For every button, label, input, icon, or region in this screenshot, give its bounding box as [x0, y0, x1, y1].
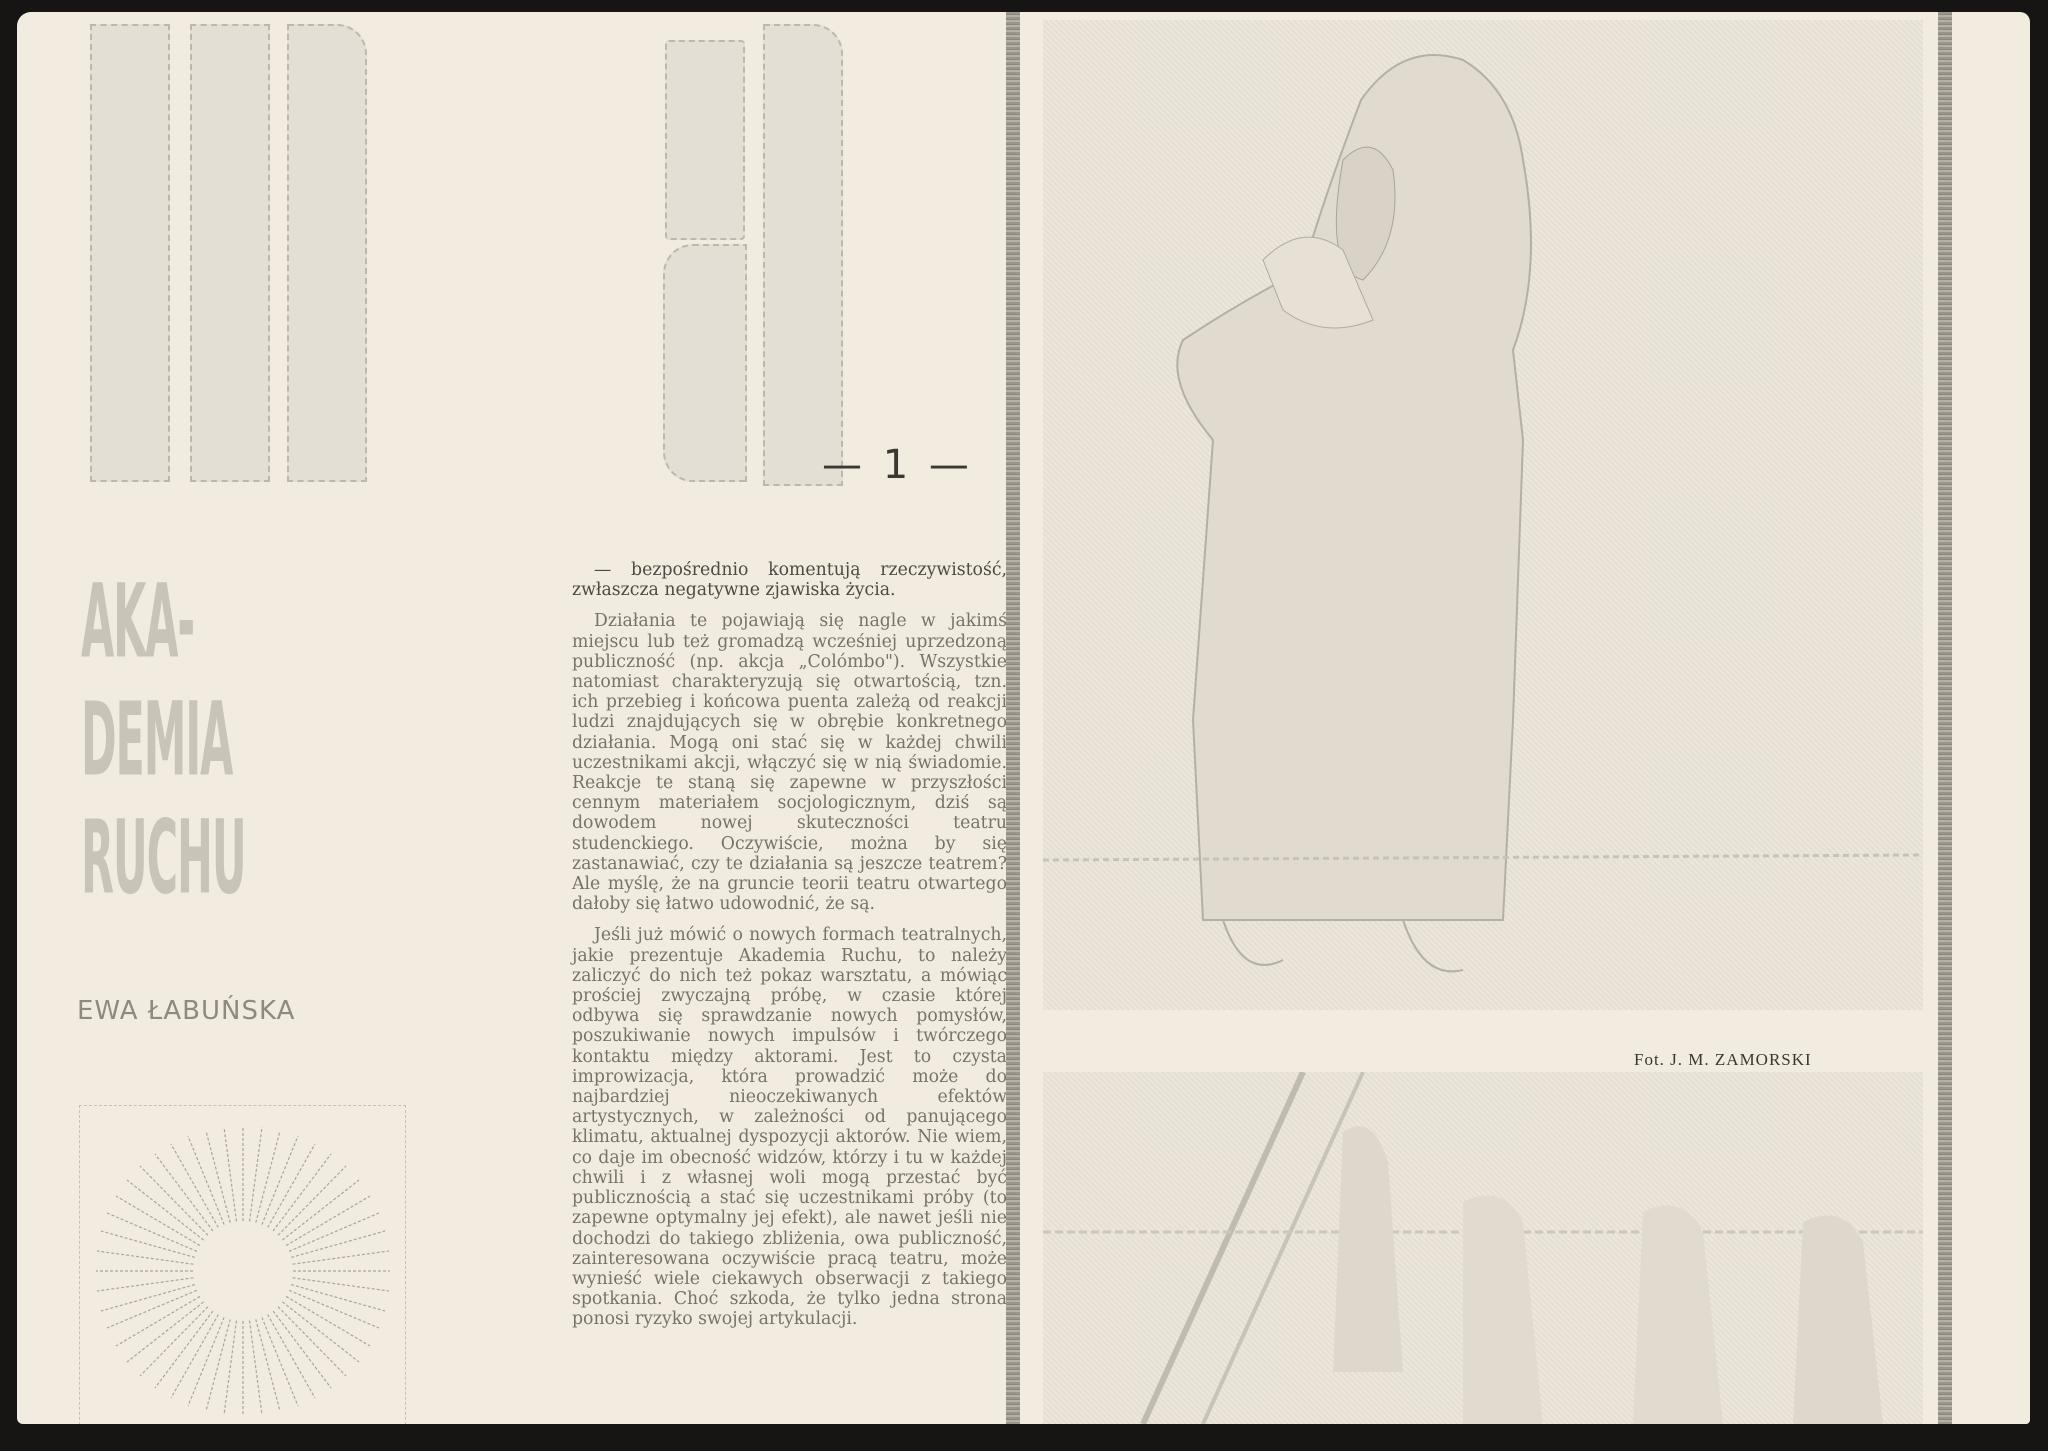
scanned-page: — 1 — AKA- DEMIA RUCHU EWA ŁABUŃSKA [17, 12, 2030, 1424]
photo-embracing-figures [1043, 20, 1923, 1010]
page-number: — 1 — [822, 442, 973, 488]
title-line-2: DEMIA [81, 690, 232, 791]
title-line-1: AKA- [81, 572, 194, 673]
column-rule-left [1006, 12, 1020, 1424]
article-paragraph: Jeśli już mówić o nowych formach teatral… [572, 925, 1007, 1329]
author-name: EWA ŁABUŃSKA [77, 996, 295, 1026]
article-paragraph: — bezpośrednio komentują rzeczywistość, … [572, 560, 1007, 600]
column-rule-right [1938, 12, 1952, 1424]
photo-caption: Fot. J. M. ZAMORSKI [1634, 1050, 1812, 1070]
article-paragraph: Działania te pojawiają się nagle w jakim… [572, 611, 1007, 914]
article-body: — bezpośrednio komentują rzeczywistość, … [572, 560, 1007, 1341]
photo-group-scene [1043, 1072, 1923, 1424]
sunburst-graphic [79, 1105, 406, 1424]
title-line-3: RUCHU [81, 808, 246, 909]
